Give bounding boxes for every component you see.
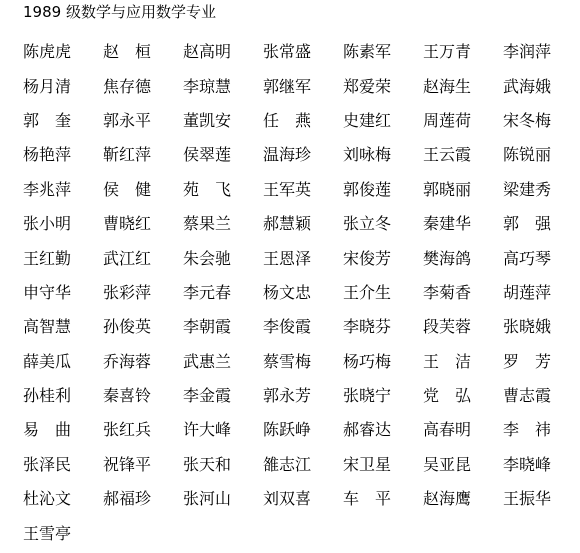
student-name: 杨巧梅 bbox=[343, 352, 423, 372]
student-name: 高春明 bbox=[423, 420, 503, 440]
student-name: 易曲 bbox=[23, 420, 71, 440]
student-name: 蔡果兰 bbox=[183, 214, 263, 234]
student-name: 赵高明 bbox=[183, 42, 263, 62]
student-name: 宋冬梅 bbox=[503, 111, 580, 131]
student-name: 武江红 bbox=[103, 249, 183, 269]
student-name: 许大峰 bbox=[183, 420, 263, 440]
student-name: 申守华 bbox=[23, 283, 103, 303]
student-name: 孙桂利 bbox=[23, 386, 103, 406]
name-row: 王雪亭 bbox=[23, 516, 580, 550]
student-name: 宋卫星 bbox=[343, 455, 423, 475]
name-row: 李兆萍侯健苑飞王军英郭俊莲郭晓丽梁建秀 bbox=[23, 173, 580, 207]
student-name: 高巧琴 bbox=[503, 249, 580, 269]
student-name: 李琼慧 bbox=[183, 77, 263, 97]
student-name: 李朝霞 bbox=[183, 317, 263, 337]
name-character: 健 bbox=[135, 180, 151, 200]
name-row: 申守华张彩萍李元春杨文忠王介生李菊香胡莲萍 bbox=[23, 276, 580, 310]
student-name: 赵桓 bbox=[103, 42, 151, 62]
student-name: 孙俊英 bbox=[103, 317, 183, 337]
student-name: 乔海蓉 bbox=[103, 352, 183, 372]
name-row: 薛美瓜乔海蓉武惠兰蔡雪梅杨巧梅王洁罗芳 bbox=[23, 345, 580, 379]
student-name: 秦建华 bbox=[423, 214, 503, 234]
student-name: 曹志霞 bbox=[503, 386, 580, 406]
name-character: 弘 bbox=[455, 386, 471, 406]
student-name: 郝睿达 bbox=[343, 420, 423, 440]
student-name: 李润萍 bbox=[503, 42, 580, 62]
name-row: 高智慧孙俊英李朝霞李俊霞李晓芬段芙蓉张晓娥 bbox=[23, 310, 580, 344]
name-row: 陈虎虎赵桓赵高明张常盛陈素军王万青李润萍 bbox=[23, 35, 580, 69]
name-row: 易曲张红兵许大峰陈跃峥郝睿达高春明李祎 bbox=[23, 413, 580, 447]
student-name: 杜沁文 bbox=[23, 489, 103, 509]
student-name: 董凯安 bbox=[183, 111, 263, 131]
student-name: 郭永平 bbox=[103, 111, 183, 131]
student-name: 张晓宁 bbox=[343, 386, 423, 406]
name-character: 洁 bbox=[455, 352, 471, 372]
student-name: 赵海生 bbox=[423, 77, 503, 97]
student-name: 朱会驰 bbox=[183, 249, 263, 269]
student-name: 宋俊芳 bbox=[343, 249, 423, 269]
student-name: 李晓峰 bbox=[503, 455, 580, 475]
student-name: 雒志江 bbox=[263, 455, 343, 475]
name-character: 奎 bbox=[55, 111, 71, 131]
student-name: 王恩泽 bbox=[263, 249, 343, 269]
student-name: 杨文忠 bbox=[263, 283, 343, 303]
student-name: 张常盛 bbox=[263, 42, 343, 62]
student-name: 周莲荷 bbox=[423, 111, 503, 131]
student-name: 郭强 bbox=[503, 214, 551, 234]
student-name: 侯健 bbox=[103, 180, 151, 200]
student-name: 郭俊莲 bbox=[343, 180, 423, 200]
name-character: 任 bbox=[263, 111, 279, 131]
student-name: 李元春 bbox=[183, 283, 263, 303]
student-name: 王军英 bbox=[263, 180, 343, 200]
student-name: 郝慧颖 bbox=[263, 214, 343, 234]
name-character: 郭 bbox=[23, 111, 39, 131]
student-name: 李晓芬 bbox=[343, 317, 423, 337]
name-character: 李 bbox=[503, 420, 519, 440]
student-name: 吴亚昆 bbox=[423, 455, 503, 475]
student-name: 王介生 bbox=[343, 283, 423, 303]
name-character: 平 bbox=[375, 489, 391, 509]
name-character: 燕 bbox=[295, 111, 311, 131]
student-name: 王振华 bbox=[503, 489, 580, 509]
name-character: 车 bbox=[343, 489, 359, 509]
student-name: 王云霞 bbox=[423, 145, 503, 165]
student-name: 罗芳 bbox=[503, 352, 551, 372]
name-character: 苑 bbox=[183, 180, 199, 200]
student-name: 靳红萍 bbox=[103, 145, 183, 165]
name-row: 郭奎郭永平董凯安任燕史建红周莲荷宋冬梅 bbox=[23, 104, 580, 138]
student-name: 杨艳萍 bbox=[23, 145, 103, 165]
student-name: 郑爱荣 bbox=[343, 77, 423, 97]
name-row: 王红勤武江红朱会驰王恩泽宋俊芳樊海鸽高巧琴 bbox=[23, 241, 580, 275]
student-name: 焦存德 bbox=[103, 77, 183, 97]
name-character: 曲 bbox=[55, 420, 71, 440]
student-name: 秦喜铃 bbox=[103, 386, 183, 406]
name-character: 赵 bbox=[103, 42, 119, 62]
student-name: 张晓娥 bbox=[503, 317, 580, 337]
student-name: 李金霞 bbox=[183, 386, 263, 406]
student-name: 梁建秀 bbox=[503, 180, 580, 200]
student-name: 张泽民 bbox=[23, 455, 103, 475]
student-name: 高智慧 bbox=[23, 317, 103, 337]
student-name: 陈跃峥 bbox=[263, 420, 343, 440]
name-character: 桓 bbox=[135, 42, 151, 62]
name-row: 杨艳萍靳红萍侯翠莲温海珍刘咏梅王云霞陈锐丽 bbox=[23, 138, 580, 172]
student-name: 武惠兰 bbox=[183, 352, 263, 372]
student-name: 郭继军 bbox=[263, 77, 343, 97]
student-name: 王洁 bbox=[423, 352, 471, 372]
name-character: 祎 bbox=[535, 420, 551, 440]
student-name: 蔡雪梅 bbox=[263, 352, 343, 372]
student-name: 张河山 bbox=[183, 489, 263, 509]
name-row: 孙桂利秦喜铃李金霞郭永芳张晓宁党弘曹志霞 bbox=[23, 379, 580, 413]
student-name: 侯翠莲 bbox=[183, 145, 263, 165]
name-character: 党 bbox=[423, 386, 439, 406]
student-name: 任燕 bbox=[263, 111, 311, 131]
student-name: 温海珍 bbox=[263, 145, 343, 165]
student-name: 李祎 bbox=[503, 420, 551, 440]
student-name: 段芙蓉 bbox=[423, 317, 503, 337]
name-character: 王 bbox=[423, 352, 439, 372]
name-character: 易 bbox=[23, 420, 39, 440]
name-character: 侯 bbox=[103, 180, 119, 200]
student-name: 祝锋平 bbox=[103, 455, 183, 475]
name-character: 罗 bbox=[503, 352, 519, 372]
student-name: 王万青 bbox=[423, 42, 503, 62]
student-name: 刘咏梅 bbox=[343, 145, 423, 165]
student-name: 苑飞 bbox=[183, 180, 231, 200]
name-character: 郭 bbox=[503, 214, 519, 234]
student-name: 陈虎虎 bbox=[23, 42, 103, 62]
student-name-grid: 陈虎虎赵桓赵高明张常盛陈素军王万青李润萍杨月清焦存德李琼慧郭继军郑爱荣赵海生武海… bbox=[23, 35, 580, 551]
student-name: 薛美瓜 bbox=[23, 352, 103, 372]
student-name: 王红勤 bbox=[23, 249, 103, 269]
student-name: 党弘 bbox=[423, 386, 471, 406]
name-row: 杜沁文郝福珍张河山刘双喜车平赵海鹰王振华 bbox=[23, 482, 580, 516]
student-name: 王雪亭 bbox=[23, 524, 103, 544]
student-name: 刘双喜 bbox=[263, 489, 343, 509]
student-name: 李菊香 bbox=[423, 283, 503, 303]
student-name: 樊海鸽 bbox=[423, 249, 503, 269]
name-character: 强 bbox=[535, 214, 551, 234]
student-name: 张红兵 bbox=[103, 420, 183, 440]
student-name: 张彩萍 bbox=[103, 283, 183, 303]
student-name: 郝福珍 bbox=[103, 489, 183, 509]
student-name: 车平 bbox=[343, 489, 391, 509]
student-name: 李兆萍 bbox=[23, 180, 103, 200]
student-name: 曹晓红 bbox=[103, 214, 183, 234]
name-row: 张泽民祝锋平张天和雒志江宋卫星吴亚昆李晓峰 bbox=[23, 448, 580, 482]
student-name: 赵海鹰 bbox=[423, 489, 503, 509]
student-name: 史建红 bbox=[343, 111, 423, 131]
student-name: 陈素军 bbox=[343, 42, 423, 62]
name-character: 飞 bbox=[215, 180, 231, 200]
name-row: 杨月清焦存德李琼慧郭继军郑爱荣赵海生武海娥 bbox=[23, 69, 580, 103]
student-name: 杨月清 bbox=[23, 77, 103, 97]
student-name: 张立冬 bbox=[343, 214, 423, 234]
student-name: 张小明 bbox=[23, 214, 103, 234]
name-character: 芳 bbox=[535, 352, 551, 372]
student-name: 胡莲萍 bbox=[503, 283, 580, 303]
student-name: 张天和 bbox=[183, 455, 263, 475]
student-name: 李俊霞 bbox=[263, 317, 343, 337]
student-name: 郭晓丽 bbox=[423, 180, 503, 200]
name-row: 张小明曹晓红蔡果兰郝慧颖张立冬秦建华郭强 bbox=[23, 207, 580, 241]
student-name: 武海娥 bbox=[503, 77, 580, 97]
student-name: 郭奎 bbox=[23, 111, 71, 131]
student-name: 陈锐丽 bbox=[503, 145, 580, 165]
student-name: 郭永芳 bbox=[263, 386, 343, 406]
document-title: 1989 级数学与应用数学专业 bbox=[23, 2, 216, 22]
